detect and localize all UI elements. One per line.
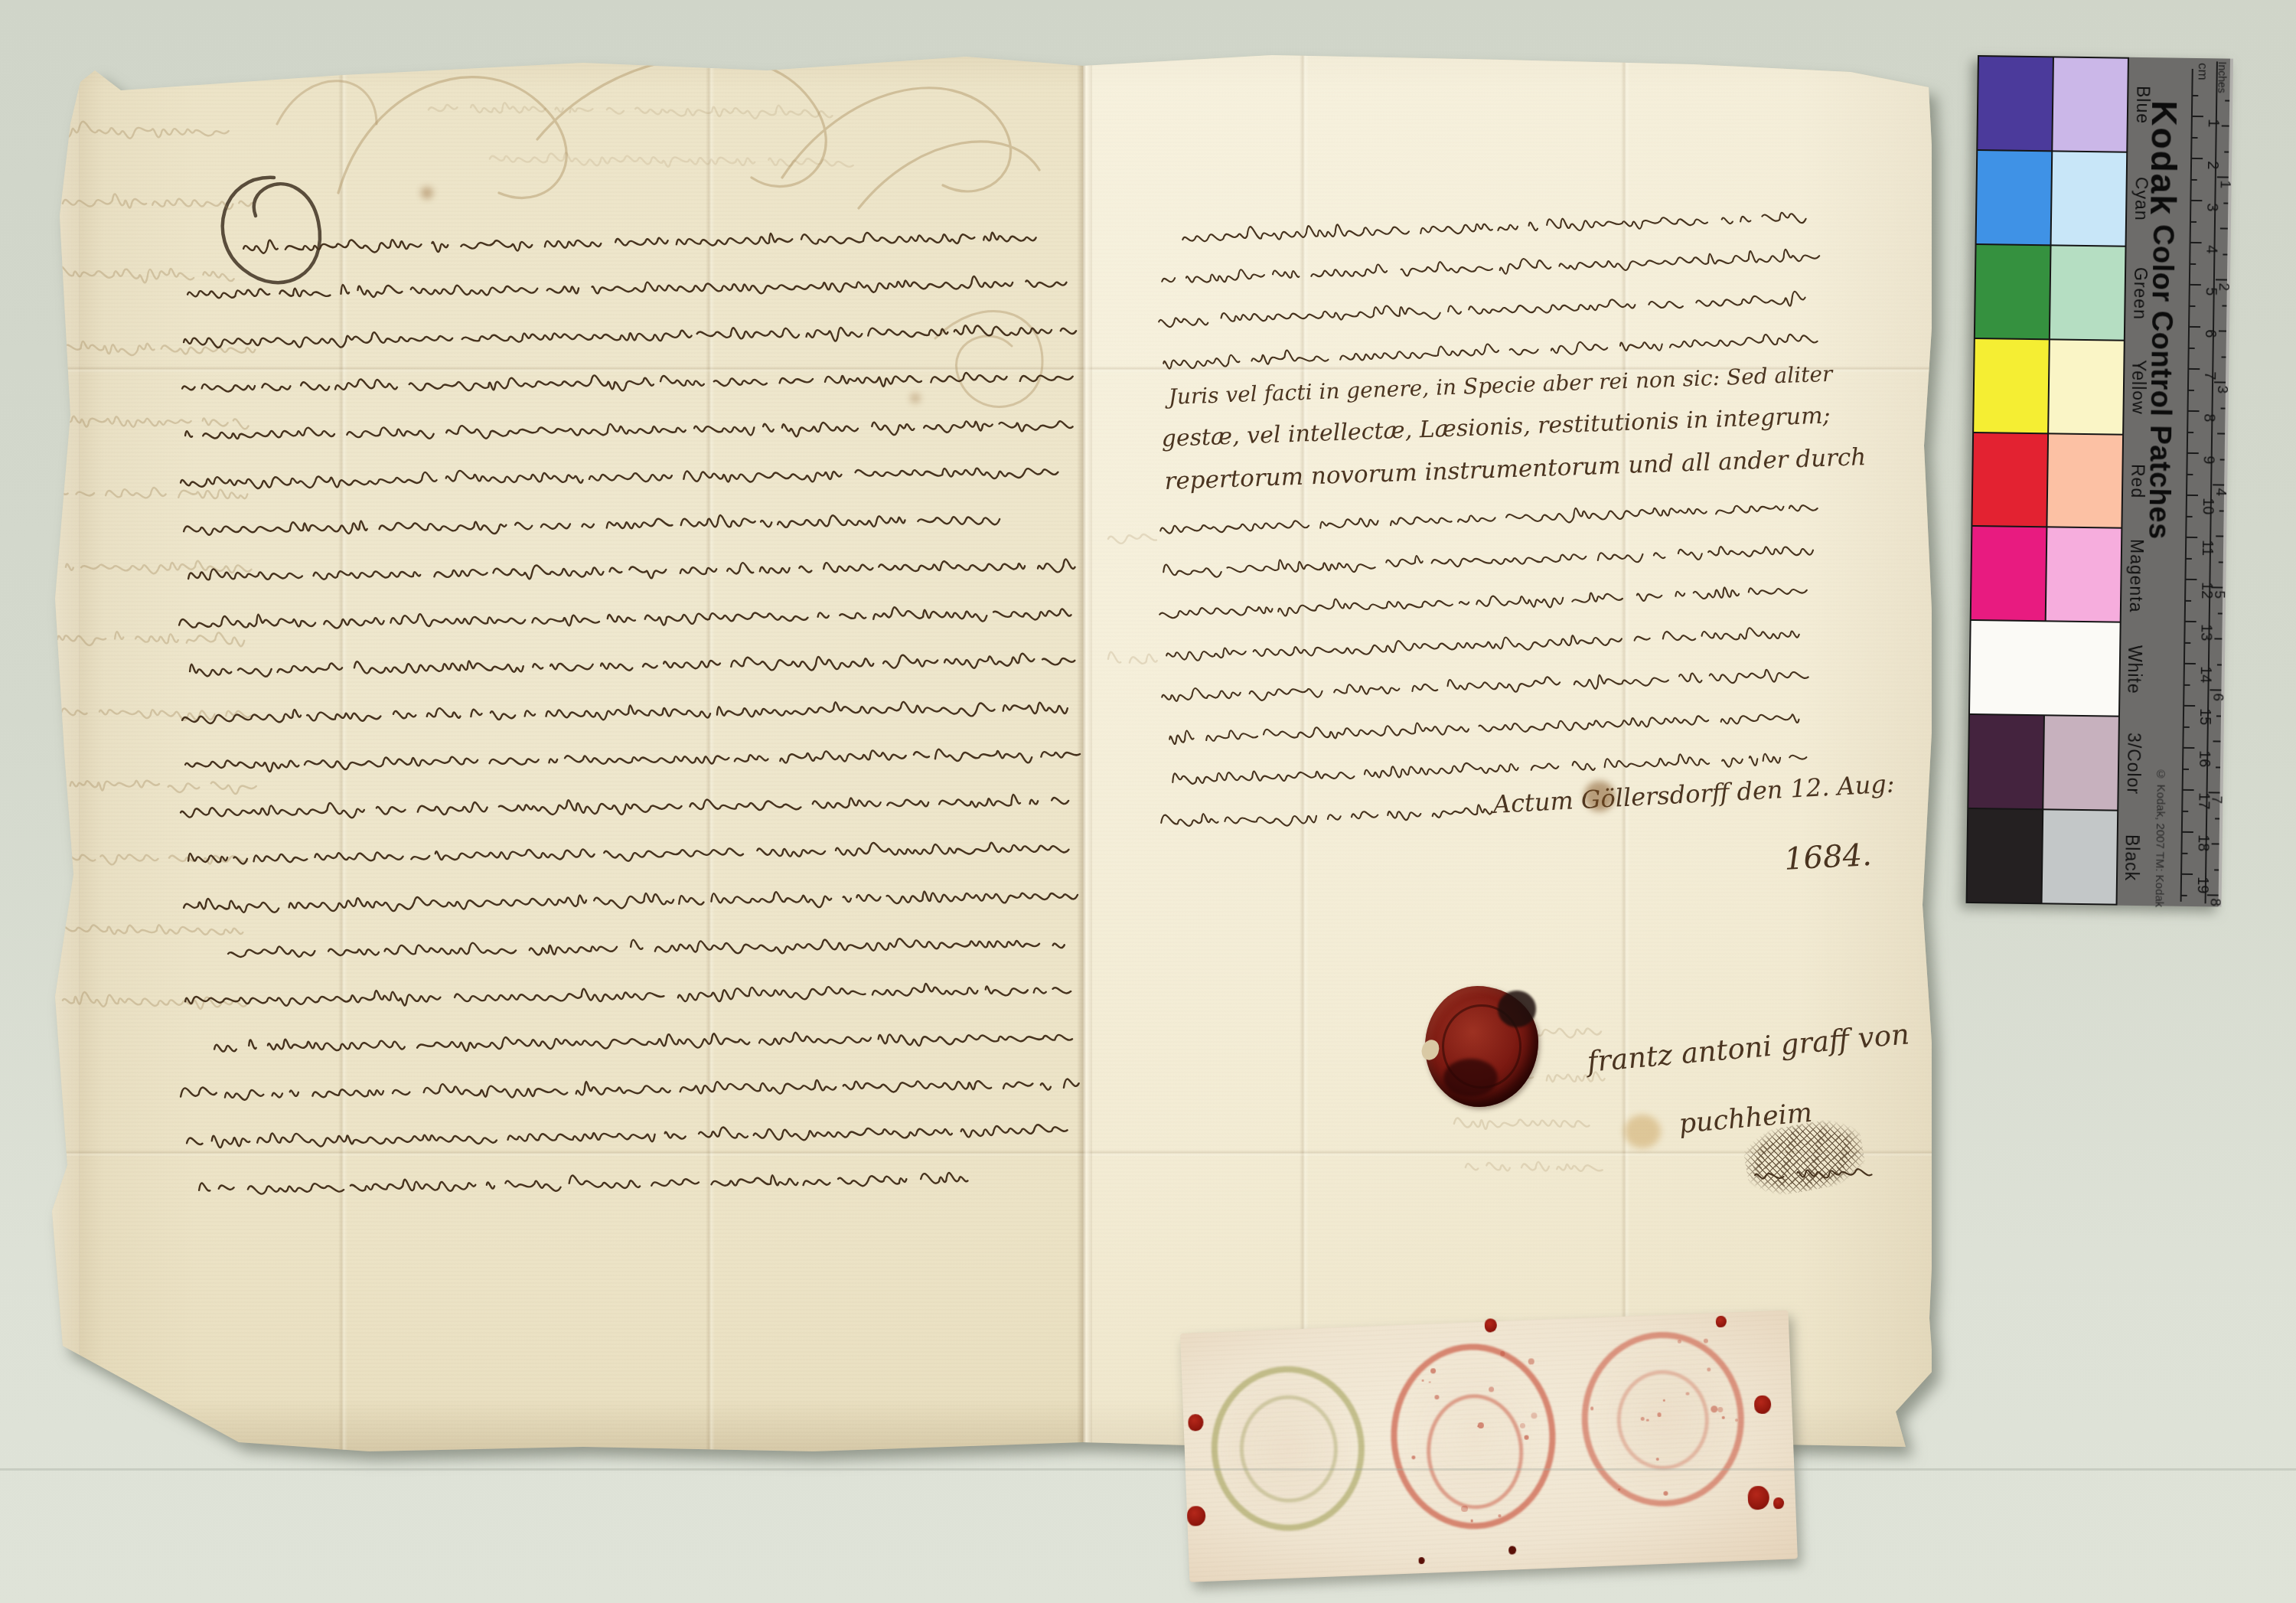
- patch-cyan-solid: [1977, 151, 2052, 244]
- scanner-bed: Juris vel facti in genere, in Specie abe…: [0, 0, 2296, 1603]
- inch-tick: [2219, 330, 2226, 331]
- patch-cyan-tint: [2052, 152, 2127, 245]
- left-handwriting-line: [184, 872, 1065, 922]
- cm-tick: [2180, 873, 2193, 875]
- cm-tick: [2187, 368, 2200, 370]
- seal-speckle: [1411, 1455, 1415, 1459]
- cm-tick: [2191, 94, 2198, 96]
- patch-yellow-tint: [2049, 340, 2124, 433]
- parchment-paper: Juris vel facti in genere, in Specie abe…: [47, 17, 1932, 1456]
- patch-row-label: Yellow: [2124, 341, 2153, 433]
- wax-dot: [1716, 1316, 1727, 1328]
- inch-tick: [2217, 176, 2229, 178]
- inch-tick: [2213, 740, 2221, 742]
- left-handwriting-line: [190, 636, 1063, 687]
- center-fold: [1077, 17, 1092, 1456]
- inch-tick: [2219, 561, 2223, 563]
- seal-speckle: [1711, 1405, 1718, 1412]
- inch-tick: [2216, 715, 2221, 717]
- patch-3/color-tint: [2043, 717, 2118, 810]
- seal-speckle: [1430, 1368, 1436, 1373]
- cm-number: 8: [2200, 413, 2217, 422]
- seal-speckle: [1704, 1339, 1708, 1343]
- left-handwriting-line: [185, 730, 1065, 781]
- left-handwriting-line: [188, 542, 1065, 593]
- cm-tick: [2182, 768, 2189, 769]
- inch-tick: [2209, 792, 2220, 793]
- cm-number: 6: [2201, 329, 2219, 338]
- patch-row-label: Magenta: [2122, 529, 2151, 622]
- cm-number: 10: [2199, 498, 2216, 515]
- wax-dot: [1773, 1497, 1785, 1510]
- cm-tick: [2181, 831, 2193, 833]
- wax-dot: [1418, 1557, 1424, 1564]
- seal-speckle: [1477, 1425, 1479, 1427]
- inch-number: 4: [2212, 488, 2229, 496]
- cm-tick: [2189, 263, 2196, 264]
- cm-tick: [2187, 389, 2194, 390]
- patch-row-label: Green: [2125, 247, 2154, 340]
- patch-row-label: Blue: [2128, 59, 2157, 152]
- ghost-text-line: [60, 106, 240, 148]
- color-patch-row-magenta: [1971, 527, 2122, 622]
- cm-tick: [2190, 242, 2202, 243]
- patch-red-tint: [2047, 434, 2122, 527]
- seal-speckle: [1656, 1458, 1659, 1461]
- seal-speckle: [1525, 1435, 1529, 1440]
- paper-stain: [676, 26, 748, 54]
- inch-tick: [2222, 356, 2226, 357]
- kodak-copyright-text: © Kodak, 2007 TM: Kodak: [2152, 768, 2167, 907]
- left-handwriting-line: [181, 1060, 1065, 1111]
- cm-number: 2: [2203, 161, 2221, 169]
- patch-magenta-solid: [1971, 527, 2047, 620]
- left-handwriting-line: [184, 496, 992, 546]
- inch-tick: [2217, 433, 2225, 434]
- left-handwriting-line: [185, 966, 1063, 1017]
- seal-speckle: [1735, 1419, 1738, 1422]
- inch-tick: [2215, 818, 2219, 819]
- seal-impression-strip: [1180, 1310, 1798, 1582]
- left-handwriting-line: [228, 919, 1065, 969]
- inch-number: 2: [2215, 282, 2232, 291]
- cm-tick: [2185, 537, 2197, 538]
- color-patch-row-white: [1970, 621, 2120, 716]
- inch-tick: [2218, 612, 2223, 614]
- kodak-brand-text: Kodak Color Control Patches: [2151, 100, 2185, 540]
- seal-speckle: [1429, 1381, 1431, 1383]
- paper-stain: [1624, 1115, 1661, 1148]
- patch-row-label: 3/Color: [2118, 717, 2148, 810]
- patch-black-solid: [1968, 809, 2043, 903]
- inch-tick: [2212, 843, 2219, 844]
- ghost-text-line: [1466, 1142, 1589, 1183]
- inch-number: 5: [2210, 590, 2227, 599]
- cm-tick: [2183, 684, 2190, 685]
- seal-speckle: [1686, 1392, 1690, 1396]
- color-patch-row-cyan: [1977, 151, 2127, 246]
- cm-tick: [2186, 515, 2193, 517]
- cm-number: 15: [2196, 708, 2213, 726]
- inch-tick: [2216, 535, 2223, 537]
- cm-number: 16: [2195, 750, 2213, 768]
- patch-black-tint: [2043, 810, 2118, 903]
- patch-magenta-tint: [2047, 528, 2122, 622]
- cm-tick: [2187, 452, 2199, 454]
- patch-row-label: Black: [2118, 811, 2147, 904]
- cm-tick: [2183, 642, 2190, 643]
- left-handwriting-line: [199, 1156, 965, 1205]
- inch-number: 1: [2216, 180, 2233, 188]
- kodak-color-bar: Kodak Color Control Patches © Kodak, 200…: [1966, 55, 2233, 907]
- year-text: 1684.: [1783, 837, 1873, 877]
- inch-tick: [2213, 484, 2224, 485]
- inch-tick: [2214, 638, 2222, 639]
- color-patch-row-green: [1975, 245, 2125, 340]
- patch-white-full: [1970, 621, 2120, 716]
- cm-tick: [2190, 200, 2202, 201]
- left-handwriting-line: [181, 778, 1065, 828]
- color-patch-row-black: [1968, 809, 2118, 904]
- paper-stain: [421, 187, 433, 199]
- cm-tick: [2187, 410, 2200, 412]
- inch-tick: [2217, 664, 2222, 665]
- patch-green-tint: [2050, 246, 2125, 339]
- inch-tick: [2225, 100, 2229, 101]
- inch-tick: [2214, 869, 2219, 870]
- patch-green-solid: [1975, 245, 2050, 338]
- inch-number: 3: [2213, 385, 2230, 393]
- left-handwriting-line: [181, 448, 1066, 498]
- inch-tick: [2222, 305, 2226, 306]
- patch-3/color-solid: [1968, 715, 2043, 808]
- cm-tick: [2180, 852, 2187, 854]
- seal-speckle: [1489, 1386, 1494, 1392]
- cm-tick: [2183, 705, 2195, 707]
- wax-seal-dark-patch: [1498, 991, 1536, 1027]
- seal-speckle: [1707, 1368, 1711, 1372]
- color-patch-grid: [1966, 55, 2129, 906]
- cm-tick: [2185, 557, 2192, 559]
- ghost-text-line: [1108, 513, 1155, 553]
- inch-tick: [2216, 279, 2227, 280]
- wax-dot: [1747, 1486, 1769, 1510]
- patch-red-solid: [1972, 433, 2047, 527]
- inch-tick: [2219, 510, 2224, 511]
- cm-number: 3: [2203, 203, 2220, 211]
- pale-flourish: [338, 57, 1039, 208]
- inch-tick: [2210, 689, 2221, 690]
- left-handwriting-line: [182, 354, 1065, 404]
- patch-blue-solid: [1978, 57, 2053, 150]
- wax-dot: [1187, 1506, 1206, 1526]
- seal-speckle: [1646, 1419, 1649, 1422]
- cm-tick: [2186, 473, 2193, 475]
- cm-number: 18: [2194, 834, 2212, 852]
- patch-row-label: Red: [2122, 435, 2151, 527]
- color-patch-row-blue: [1978, 57, 2128, 152]
- inch-tick: [2224, 151, 2229, 152]
- cm-number: 1: [2204, 119, 2222, 127]
- left-handwriting-line: [188, 824, 1063, 875]
- manuscript-document: Juris vel facti in genere, in Specie abe…: [47, 17, 1932, 1456]
- wax-dot: [1508, 1546, 1516, 1554]
- inch-tick: [2214, 381, 2226, 383]
- wax-dot: [1485, 1318, 1498, 1332]
- cm-number: 9: [2200, 455, 2217, 464]
- inch-tick: [2221, 407, 2226, 409]
- left-handwriting-line: [185, 401, 1063, 452]
- color-patch-row-yellow: [1974, 339, 2124, 434]
- cm-tick: [2190, 158, 2203, 159]
- cm-number: 19: [2193, 877, 2211, 894]
- color-patch-row-3-color: [1968, 715, 2118, 810]
- cm-tick: [2182, 747, 2194, 749]
- cm-tick: [2182, 789, 2194, 791]
- ghost-text-line: [490, 134, 843, 178]
- cm-tick: [2180, 894, 2187, 896]
- inch-tick: [2216, 766, 2220, 768]
- cm-tick: [2191, 116, 2203, 117]
- cm-tick: [2186, 495, 2198, 496]
- cm-tick: [2183, 726, 2190, 727]
- inch-tick: [2220, 459, 2225, 460]
- inch-number: 7: [2207, 795, 2224, 804]
- wax-seal-dark-blotch: [1443, 1059, 1498, 1098]
- left-handwriting-line: [184, 307, 1065, 357]
- seal-speckle: [1618, 1488, 1620, 1490]
- cm-number: 7: [2200, 371, 2218, 380]
- cm-number: 11: [2198, 540, 2216, 556]
- patch-yellow-solid: [1974, 339, 2049, 433]
- inch-tick: [2207, 894, 2219, 896]
- ghost-text-line: [1108, 635, 1153, 676]
- cm-number: 13: [2197, 624, 2214, 642]
- inch-tick: [2223, 202, 2228, 204]
- ghost-text-line: [63, 178, 247, 220]
- seal-speckle: [1470, 1519, 1473, 1522]
- color-bar-ruler-panel: Kodak Color Control Patches © Kodak, 200…: [2118, 57, 2233, 907]
- cm-number: 4: [2202, 245, 2219, 253]
- left-handwriting-line: [188, 260, 1061, 310]
- paper-stain: [910, 393, 921, 403]
- cm-tick: [2184, 579, 2197, 580]
- cm-tick: [2188, 305, 2195, 306]
- inch-tick: [2223, 253, 2227, 255]
- cm-tick: [2184, 621, 2197, 622]
- inch-tick: [2211, 586, 2223, 588]
- seal-speckle: [1528, 1359, 1534, 1365]
- cm-tick: [2187, 431, 2193, 433]
- inch-number: 6: [2209, 693, 2226, 701]
- color-patch-row-red: [1972, 433, 2122, 528]
- patch-row-label: Cyan: [2127, 153, 2156, 246]
- cm-tick: [2188, 347, 2195, 348]
- cm-tick: [2189, 284, 2201, 286]
- cm-tick: [2184, 599, 2191, 601]
- inch-number: 8: [2206, 898, 2223, 906]
- cm-tick: [2191, 136, 2198, 138]
- cm-tick: [2190, 220, 2197, 222]
- wax-dot: [1188, 1414, 1204, 1432]
- patch-blue-tint: [2053, 57, 2128, 151]
- cm-tick: [2190, 178, 2197, 180]
- ghost-text-line: [429, 84, 827, 129]
- cm-unit-label: cm: [2195, 63, 2210, 80]
- seal-speckle: [1499, 1514, 1502, 1517]
- left-handwriting-line: [179, 589, 1066, 640]
- inch-tick: [2220, 227, 2228, 229]
- cm-tick: [2188, 326, 2200, 328]
- inch-tick: [2222, 125, 2229, 126]
- wax-dot: [1754, 1395, 1772, 1414]
- paper-stain: [1584, 781, 1615, 811]
- left-handwriting-line: [243, 214, 1032, 263]
- left-handwriting-line: [182, 684, 1065, 734]
- cm-tick: [2183, 663, 2196, 664]
- cm-number: 14: [2197, 666, 2214, 684]
- patch-row-label: White: [2120, 623, 2149, 716]
- cm-tick: [2181, 810, 2188, 811]
